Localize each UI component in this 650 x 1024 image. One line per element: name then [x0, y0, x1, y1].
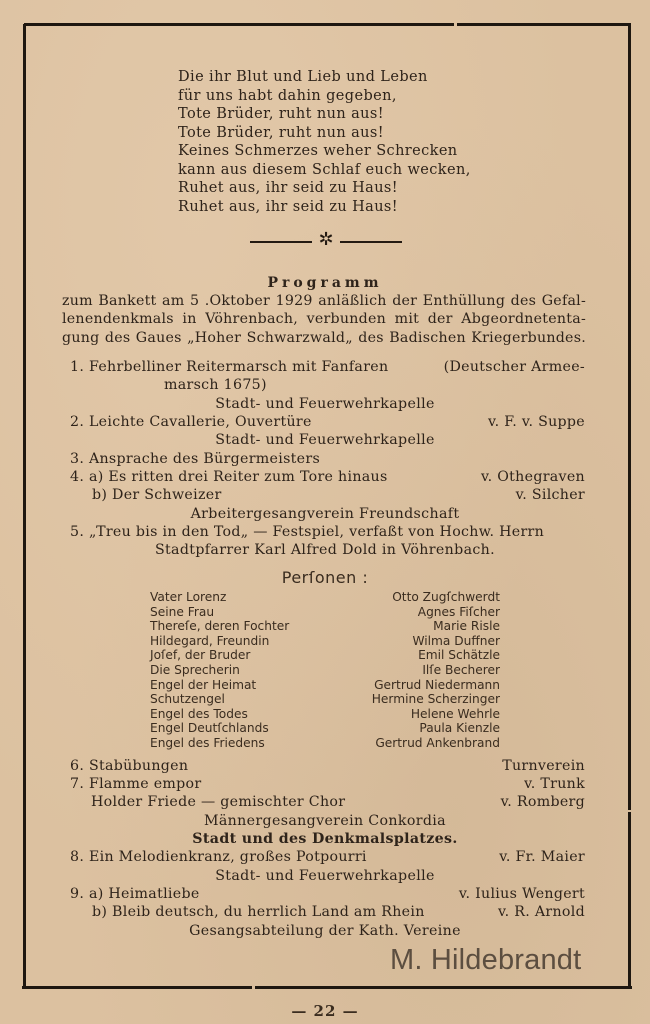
place-line: Stadt und des Denkmalsplatzes. — [0, 830, 650, 848]
cast-role: Joſef, der Bruder — [150, 648, 250, 663]
item-title: 6. Stabübungen — [70, 757, 188, 775]
item-title: 1. Fehrbelliner Reitermarsch mit Fanfare… — [70, 358, 388, 376]
program-item-7: 7. Flamme empor v. Trunk — [70, 775, 585, 793]
frame-border-bottom — [255, 986, 632, 989]
author-line: Stadtpfarrer Karl Alfred Dold in Vöhrenb… — [0, 541, 650, 559]
cast-row: Engel des FriedensGertrud Ankenbrand — [150, 736, 500, 751]
memorial-poem: Die ihr Blut und Lieb und Leben für uns … — [178, 68, 471, 216]
program-item-4b: b) Der Schweizer v. Silcher — [70, 486, 585, 504]
frame-border-top — [24, 23, 454, 26]
performer: Gesangsabteilung der Kath. Vereine — [0, 922, 650, 940]
item-title: 3. Ansprache des Bürgermeisters — [70, 450, 320, 468]
program-item-2: 2. Leichte Cavallerie, Ouvertüre v. F. v… — [70, 413, 585, 431]
performer: Stadt- und Feuerwehrkapelle — [0, 431, 650, 449]
item-composer: v. Othegraven — [481, 468, 585, 486]
watermark-text: M. Hildebrandt — [390, 944, 581, 977]
cast-row: Engel der HeimatGertrud Niedermann — [150, 678, 500, 693]
cast-role: Hildegard, Freundin — [150, 634, 269, 649]
cast-role: Engel des Friedens — [150, 736, 265, 751]
item-composer: v. Trunk — [524, 775, 585, 793]
item-title: b) Der Schweizer — [92, 486, 222, 504]
poem-line: für uns habt dahin gegeben, — [178, 87, 471, 106]
cast-role: Vater Lorenz — [150, 590, 226, 605]
item-title: 8. Ein Melodienkranz, großes Potpourri — [70, 848, 367, 866]
ornament-icon: ✲ — [314, 230, 338, 250]
item-title: 9. a) Heimatliebe — [70, 885, 200, 903]
cast-actor: Hermine Scherzinger — [372, 692, 500, 707]
cast-row: SchutzengelHermine Scherzinger — [150, 692, 500, 707]
item-composer: v. Fr. Maier — [499, 848, 585, 866]
cast-role: Engel des Todes — [150, 707, 248, 722]
cast-actor: Paula Kienzle — [419, 721, 500, 736]
divider-line — [250, 241, 312, 243]
poem-line: Ruhet aus, ihr seid zu Haus! — [178, 198, 471, 217]
program-item-8: 8. Ein Melodienkranz, großes Potpourri v… — [70, 848, 585, 866]
program-item-6: 6. Stabübungen Turnverein — [70, 757, 585, 775]
item-title: b) Bleib deutsch, du herrlich Land am Rh… — [92, 903, 425, 921]
cast-actor: Gertrud Ankenbrand — [375, 736, 500, 751]
cast-actor: Agnes Fiſcher — [418, 605, 500, 620]
cast-actor: Marie Risle — [433, 619, 500, 634]
item-performer: Turnverein — [502, 757, 585, 775]
performer: Stadt- und Feuerwehrkapelle — [0, 867, 650, 885]
item-title: 2. Leichte Cavallerie, Ouvertüre — [70, 413, 312, 431]
cast-actor: Otto Zugſchwerdt — [392, 590, 500, 605]
program-item-5: 5. „Treu bis in den Tod„ — Festspiel, ve… — [70, 523, 585, 541]
cast-role: Thereſe, deren Fochter — [150, 619, 289, 634]
item-composer: v. F. v. Suppe — [488, 413, 585, 431]
divider-line — [340, 241, 402, 243]
cast-list: Vater LorenzOtto Zugſchwerdt Seine FrauA… — [150, 590, 500, 751]
cast-row: Die SprecherinIlſe Becherer — [150, 663, 500, 678]
intro-line: zum Bankett am 5 .Oktober 1929 anläßlich… — [62, 292, 586, 310]
cast-role: Seine Frau — [150, 605, 214, 620]
cast-row: Hildegard, FreundinWilma Duffner — [150, 634, 500, 649]
poem-line: kann aus diesem Schlaf euch wecken, — [178, 161, 471, 180]
cast-actor: Wilma Duffner — [412, 634, 500, 649]
cast-actor: Ilſe Becherer — [422, 663, 500, 678]
ornamental-divider: ✲ — [250, 233, 402, 249]
poem-line: Tote Brüder, ruht nun aus! — [178, 105, 471, 124]
program-heading: Programm — [0, 275, 650, 291]
cast-row: Seine FrauAgnes Fiſcher — [150, 605, 500, 620]
item-composer: v. Romberg — [501, 793, 585, 811]
program-item-1-cont: marsch 1675) — [70, 376, 585, 394]
item-composer: v. Silcher — [516, 486, 585, 504]
cast-row: Joſef, der BruderEmil Schätzle — [150, 648, 500, 663]
page-number: — 22 — — [0, 1002, 650, 1020]
frame-border-bottom — [22, 986, 252, 989]
cast-role: Engel der Heimat — [150, 678, 256, 693]
performer: Männergesangverein Conkordia — [0, 812, 650, 830]
item-composer: v. R. Arnold — [498, 903, 585, 921]
poem-line: Keines Schmerzes weher Schrecken — [178, 142, 471, 161]
item-title: Holder Friede — gemischter Chor — [91, 793, 345, 811]
cast-row: Engel DeutſchlandsPaula Kienzle — [150, 721, 500, 736]
program-item-7b: Holder Friede — gemischter Chor v. Rombe… — [70, 793, 585, 811]
program-item-3: 3. Ansprache des Bürgermeisters — [70, 450, 585, 468]
program-item-9b: b) Bleib deutsch, du herrlich Land am Rh… — [70, 903, 585, 921]
poem-line: Tote Brüder, ruht nun aus! — [178, 124, 471, 143]
program-intro: zum Bankett am 5 .Oktober 1929 anläßlich… — [62, 292, 586, 347]
intro-line: lenendenkmals in Vöhrenbach, verbunden m… — [62, 310, 586, 328]
cast-role: Engel Deutſchlands — [150, 721, 269, 736]
poem-line: Die ihr Blut und Lieb und Leben — [178, 68, 471, 87]
intro-line: gung des Gaues „Hoher Schwarzwald„ des B… — [62, 329, 586, 347]
program-item-4a: 4. a) Es ritten drei Reiter zum Tore hin… — [70, 468, 585, 486]
cast-row: Thereſe, deren FochterMarie Risle — [150, 619, 500, 634]
program-item-1: 1. Fehrbelliner Reitermarsch mit Fanfare… — [70, 358, 585, 376]
cast-role: Schutzengel — [150, 692, 225, 707]
poem-line: Ruhet aus, ihr seid zu Haus! — [178, 179, 471, 198]
cast-row: Vater LorenzOtto Zugſchwerdt — [150, 590, 500, 605]
program-item-9a: 9. a) Heimatliebe v. Iulius Wengert — [70, 885, 585, 903]
frame-border-top — [457, 23, 631, 26]
frame-border-right — [628, 26, 631, 810]
item-composer: (Deutscher Armee- — [444, 358, 585, 376]
item-title: marsch 1675) — [164, 376, 267, 394]
cast-actor: Gertrud Niedermann — [374, 678, 500, 693]
item-composer: v. Iulius Wengert — [459, 885, 585, 903]
item-title: 4. a) Es ritten drei Reiter zum Tore hin… — [70, 468, 388, 486]
cast-heading: Perſonen : — [0, 568, 650, 587]
cast-role: Die Sprecherin — [150, 663, 240, 678]
cast-row: Engel des TodesHelene Wehrle — [150, 707, 500, 722]
item-title: 5. „Treu bis in den Tod„ — Festspiel, ve… — [70, 523, 544, 541]
performer: Arbeitergesangverein Freundschaft — [0, 505, 650, 523]
cast-actor: Emil Schätzle — [418, 648, 500, 663]
performer: Stadt- und Feuerwehrkapelle — [0, 395, 650, 413]
cast-actor: Helene Wehrle — [411, 707, 500, 722]
item-title: 7. Flamme empor — [70, 775, 201, 793]
